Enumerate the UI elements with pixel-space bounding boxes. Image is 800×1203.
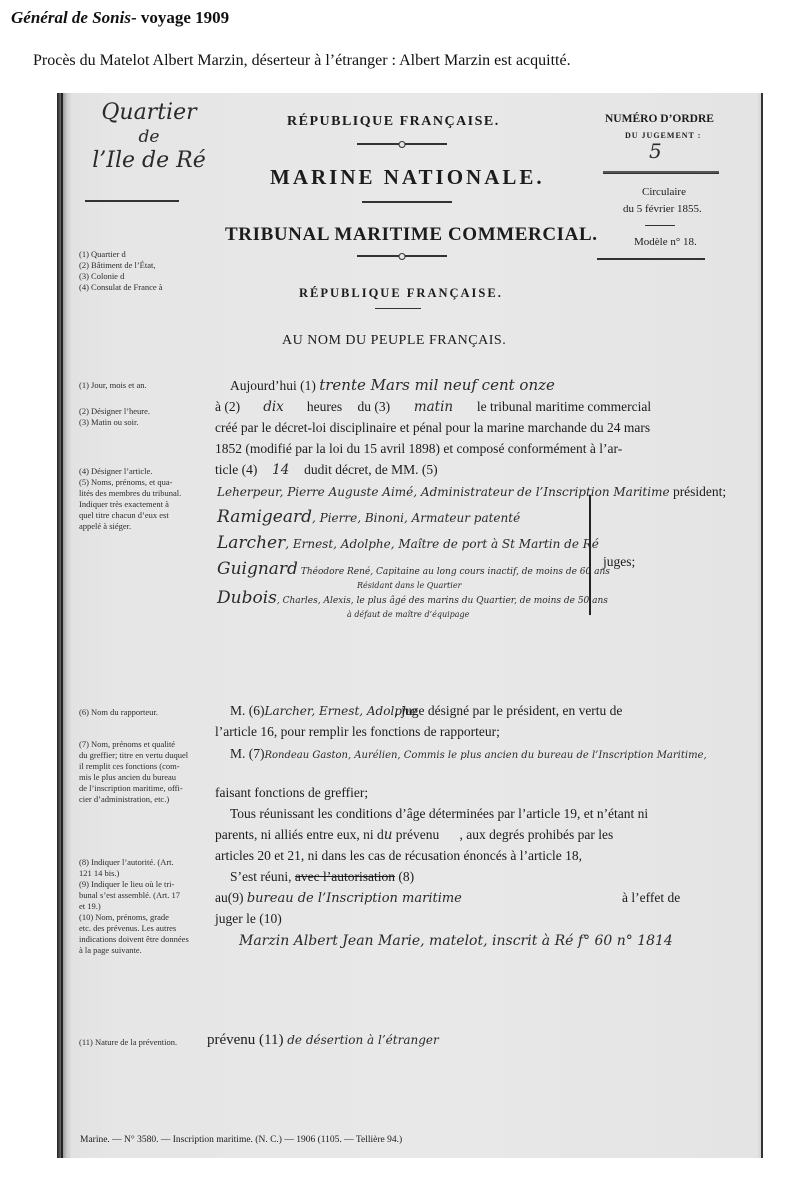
margin-line: etc. des prévenus. Les autres (79, 923, 197, 934)
quartier-underline (85, 200, 179, 202)
judge-details: , Pierre, Binoni, Armateur patenté (312, 511, 520, 525)
president-line: Leherpeur, Pierre Auguste Aimé, Administ… (217, 481, 726, 503)
margin-note-members: (4) Désigner l’article. (5) Noms, prénom… (79, 466, 197, 532)
accused-handwritten: Marzin Albert Jean Marie, matelot, inscr… (239, 933, 673, 949)
prevenu-line: prévenu (11) de désertion à l’étranger (207, 1030, 439, 1051)
rapporteur-text: , juge désigné par le président, en vert… (395, 703, 623, 718)
margin-note-date: (1) Jour, mois et an. (79, 380, 197, 391)
margin-line: (4) Consulat de France à (79, 282, 197, 293)
margin-line: indications doivent être données (79, 934, 197, 945)
reuni-struck-text: avec l’autorisation (295, 869, 395, 884)
document-subtitle: Procès du Matelot Albert Marzin, déserte… (33, 52, 571, 70)
rapporteur-handwritten: Larcher, Ernest, Adolphe (265, 701, 395, 722)
margin-line: du greffier; titre en vertu duquel (79, 750, 197, 761)
margin-line: quel titre chacun d’eux est (79, 510, 197, 521)
tribunal-heading: TRIBUNAL MARITIME COMMERCIAL. (225, 224, 598, 246)
judge-extra: à défaut de maître d’équipage (347, 610, 610, 619)
effet-label: à l’effet de (622, 887, 680, 908)
hour-handwritten: dix (243, 397, 303, 418)
president-handwritten: Leherpeur, Pierre Auguste Aimé, Administ… (217, 485, 670, 499)
quartier-line-1: Quartier (89, 101, 209, 125)
marine-nationale-heading: MARINE NATIONALE. (270, 165, 545, 190)
article-number-handwritten: 14 (261, 460, 301, 481)
margin-line: (3) Colonie d (79, 271, 197, 282)
judge-details: , Ernest, Adolphe, Maître de port à St M… (285, 537, 599, 551)
prevenu-handwritten: de désertion à l’étranger (287, 1033, 439, 1047)
greffier-line: M. (7)Rondeau Gaston, Aurélien, Commis l… (230, 743, 707, 766)
lieu-line: au(9) bureau de l’Inscription maritime (215, 887, 462, 909)
modele-label: Modèle n° 18. (634, 236, 697, 248)
du-jugement-label: DU JUGEMENT : (625, 131, 701, 140)
judge-name: Dubois (217, 588, 277, 608)
judge-name: Guignard (217, 559, 298, 579)
lieu-handwritten: bureau de l’Inscription maritime (247, 891, 462, 906)
ornament-3 (357, 255, 447, 257)
judge-entry: Larcher, Ernest, Adolphe, Maître de port… (217, 531, 610, 557)
margin-line: mis le plus ancien du bureau (79, 772, 197, 783)
rapporteur-label: M. (6) (230, 703, 265, 718)
judge-details: Théodore René, Capitaine au long cours i… (298, 567, 610, 577)
body-line-3: créé par le décret-loi disciplinaire et … (215, 417, 650, 438)
ornament-1 (357, 143, 447, 145)
hour-label: à (2) (215, 399, 240, 414)
prevenu-label: prévenu (11) (207, 1032, 284, 1048)
document-title: Général de Sonis- voyage 1909 (11, 8, 229, 28)
margin-line: bunal s’est assemblé. (Art. 17 (79, 890, 197, 901)
footer-imprint: Marine. — N° 3580. — Inscription maritim… (80, 1135, 402, 1145)
rapporteur-line-2: l’article 16, pour remplir les fonctions… (215, 721, 500, 742)
margin-line: et 19.) (79, 901, 197, 912)
date-label: Aujourd’hui (1) (230, 378, 316, 393)
margin-line: (8) Indiquer l’autorité. (Art. (79, 857, 197, 868)
time-of-day-label: du (3) (357, 399, 390, 414)
margin-line: (1) Jour, mois et an. (79, 380, 197, 391)
conditions-line-2: parents, ni alliés entre eux, ni du prév… (215, 824, 613, 846)
rapporteur-line: M. (6)Larcher, Ernest, Adolphe, juge dés… (230, 700, 622, 722)
judges-list: Ramigeard, Pierre, Binoni, Armateur pate… (217, 505, 610, 619)
margin-line: (1) Quartier d (79, 249, 197, 260)
margin-line: (10) Nom, prénoms, grade (79, 912, 197, 923)
numero-ordre-value: 5 (649, 139, 662, 163)
margin-note-location: (1) Quartier d (2) Bâtiment de l’État, (… (79, 249, 197, 293)
ship-name: Général de Sonis (11, 8, 131, 27)
judge-entry: Guignard Théodore René, Capitaine au lon… (217, 561, 610, 581)
quartier-line-2: de (89, 125, 209, 149)
body-line-hour: à (2) dix heures du (3) matin le tribuna… (215, 396, 651, 418)
circulaire-divider (645, 225, 675, 226)
margin-line: à la page suivante. (79, 945, 197, 956)
article-label: ticle (4) (215, 462, 257, 477)
reuni-note: (8) (395, 869, 414, 884)
body-line-date: Aujourd’hui (1) trente Mars mil neuf cen… (230, 375, 555, 396)
judge-extra: Résidant dans le Quartier (357, 581, 610, 590)
margin-line: Indiquer très exactement à (79, 499, 197, 510)
margin-line: appelé à siéger. (79, 521, 197, 532)
margin-note-rapporteur: (6) Nom du rapporteur. (79, 707, 197, 718)
margin-line: (3) Matin ou soir. (79, 417, 197, 428)
body-line-4: 1852 (modifié par la loi du 15 avril 189… (215, 438, 622, 459)
margin-line: (4) Désigner l’article. (79, 466, 197, 477)
margin-note-greffier: (7) Nom, prénoms et qualité du greffier;… (79, 739, 197, 805)
reuni-line: S’est réuni, avec l’autorisation (8) (230, 866, 414, 887)
margin-line: (9) Indiquer le lieu où le tri- (79, 879, 197, 890)
circulaire-line-1: Circulaire (642, 186, 686, 198)
scanned-judgement-form: Quartier de l’Ile de Ré RÉPUBLIQUE FRANÇ… (57, 93, 763, 1158)
juger-line: juger le (10) (215, 908, 282, 929)
conditions-text: parents, ni alliés entre eux, ni d (215, 827, 384, 842)
margin-line: lités des membres du tribunal. (79, 488, 197, 499)
judge-entry: Dubois, Charles, Alexis, le plus âgé des… (217, 590, 610, 610)
time-of-day-handwritten: matin (393, 397, 473, 418)
numero-ordre-label: NUMÉRO D’ORDRE (605, 113, 714, 125)
binding-line (61, 93, 63, 1158)
voyage-label: - voyage 1909 (131, 8, 229, 27)
margin-line: (2) Désigner l’heure. (79, 406, 197, 417)
decret-text: dudit décret, de MM. (5) (304, 462, 437, 477)
modele-underline (597, 258, 705, 260)
heures-label: heures (307, 399, 342, 414)
conditions-line-1: Tous réunissant les conditions d’âge dét… (230, 803, 648, 824)
margin-line: de l’inscription maritime, offi- (79, 783, 197, 794)
margin-line: (6) Nom du rapporteur. (79, 707, 197, 718)
margin-line: (5) Noms, prénoms, et qua- (79, 477, 197, 488)
republique-heading-top: RÉPUBLIQUE FRANÇAISE. (287, 114, 500, 130)
ornament-2 (362, 201, 452, 203)
page-binding (57, 93, 71, 1158)
juges-label: juges; (603, 551, 635, 572)
conditions-line-3: articles 20 et 21, ni dans les cas de ré… (215, 845, 582, 866)
margin-note-hour: (2) Désigner l’heure. (3) Matin ou soir. (79, 406, 197, 428)
margin-line: (11) Nature de la prévention. (79, 1037, 197, 1048)
judges-brace (587, 495, 591, 615)
reuni-text: S’est réuni, (230, 869, 295, 884)
lieu-label: au(9) (215, 890, 243, 905)
date-handwritten: trente Mars mil neuf cent onze (319, 376, 555, 394)
margin-line: cier d’administration, etc.) (79, 794, 197, 805)
margin-note-prevention: (11) Nature de la prévention. (79, 1037, 197, 1048)
greffier-line-2: faisant fonctions de greffier; (215, 782, 368, 803)
margin-note-authority-place: (8) Indiquer l’autorité. (Art. 121 14 bi… (79, 857, 197, 956)
judge-name: Larcher (217, 533, 285, 553)
greffier-handwritten: Rondeau Gaston, Aurélien, Commis le plus… (265, 750, 707, 761)
margin-line: (2) Bâtiment de l’État, (79, 260, 197, 271)
circulaire-line-2: du 5 février 1855. (623, 203, 702, 215)
judge-details: , Charles, Alexis, le plus âgé des marin… (277, 596, 608, 606)
quartier-handwritten: Quartier de l’Ile de Ré (89, 101, 209, 173)
president-label: président; (673, 484, 726, 499)
margin-line: il remplit ces fonctions (com- (79, 761, 197, 772)
quartier-line-3: l’Ile de Ré (89, 149, 209, 173)
au-nom-heading: AU NOM DU PEUPLE FRANÇAIS. (282, 333, 506, 349)
numero-underline (603, 171, 719, 174)
judge-entry: Ramigeard, Pierre, Binoni, Armateur pate… (217, 505, 610, 531)
margin-line: (7) Nom, prénoms et qualité (79, 739, 197, 750)
body-line-article: ticle (4) 14 dudit décret, de MM. (5) (215, 459, 438, 481)
tribunal-text: le tribunal maritime commercial (477, 399, 651, 414)
ornament-4 (375, 308, 421, 309)
republique-heading-second: RÉPUBLIQUE FRANÇAISE. (299, 286, 503, 301)
greffier-label: M. (7) (230, 746, 265, 761)
judge-name: Ramigeard (217, 507, 312, 527)
margin-line: 121 14 bis.) (79, 868, 197, 879)
conditions-text-2: prévenu , aux degrés prohibés par les (392, 827, 613, 842)
